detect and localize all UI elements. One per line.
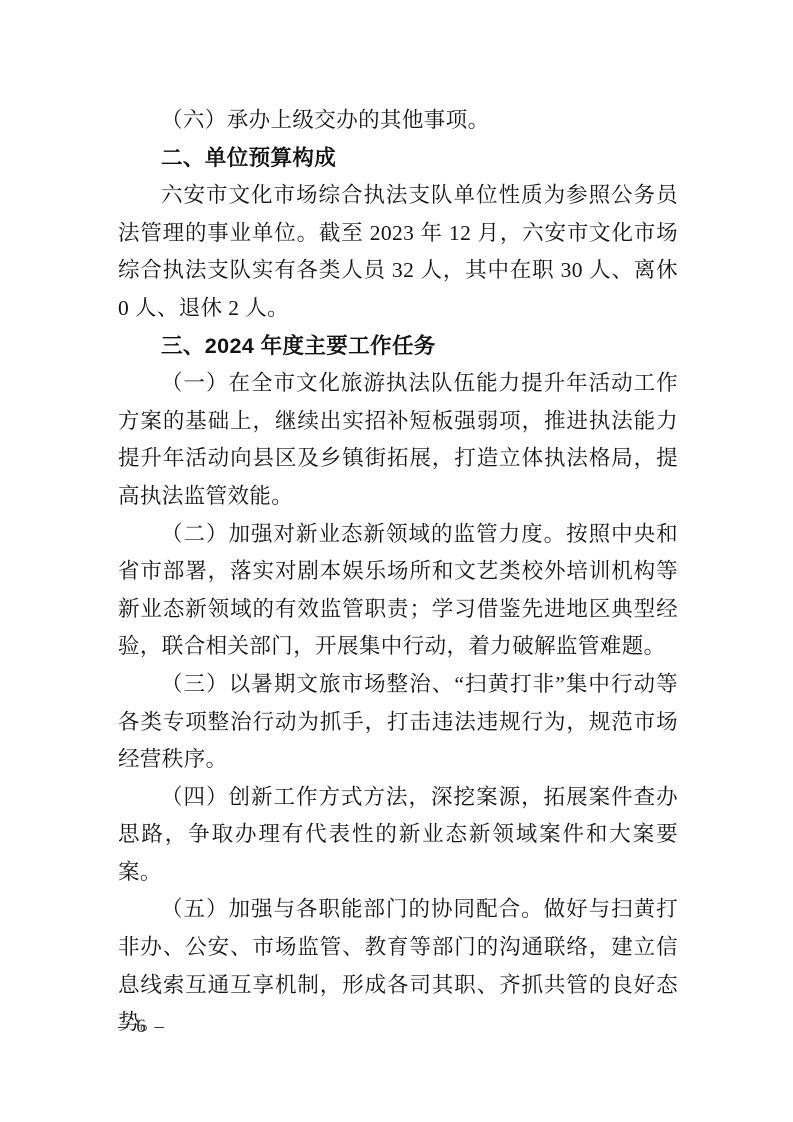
- document-body: （六）承办上级交办的其他事项。 二、单位预算构成 六安市文化市场综合执法支队单位…: [118, 102, 678, 1042]
- section-heading-unit-budget-composition: 二、单位预算构成: [118, 140, 678, 178]
- paragraph-task-1: （一）在全市文化旅游执法队伍能力提升年活动工作方案的基础上，继续出实招补短板强弱…: [118, 365, 678, 515]
- paragraph-task-5: （五）加强与各职能部门的协同配合。做好与扫黄打非办、公安、市场监管、教育等部门的…: [118, 891, 678, 1041]
- paragraph-task-2: （二）加强对新业态新领域的监管力度。按照中央和省市部署，落实对剧本娱乐场所和文艺…: [118, 516, 678, 666]
- paragraph-task-4: （四）创新工作方式方法，深挖案源，拓展案件查办思路，争取办理有代表性的新业态新领…: [118, 779, 678, 892]
- page-number: – 6 –: [118, 1014, 166, 1040]
- paragraph-item-six: （六）承办上级交办的其他事项。: [118, 102, 678, 140]
- document-page: （六）承办上级交办的其他事项。 二、单位预算构成 六安市文化市场综合执法支队单位…: [0, 0, 793, 1122]
- paragraph-unit-overview: 六安市文化市场综合执法支队单位性质为参照公务员法管理的事业单位。截至 2023 …: [118, 177, 678, 327]
- paragraph-task-3: （三）以暑期文旅市场整治、“扫黄打非”集中行动等各类专项整治行动为抓手，打击违法…: [118, 666, 678, 779]
- section-heading-2024-main-tasks: 三、2024 年度主要工作任务: [118, 328, 678, 366]
